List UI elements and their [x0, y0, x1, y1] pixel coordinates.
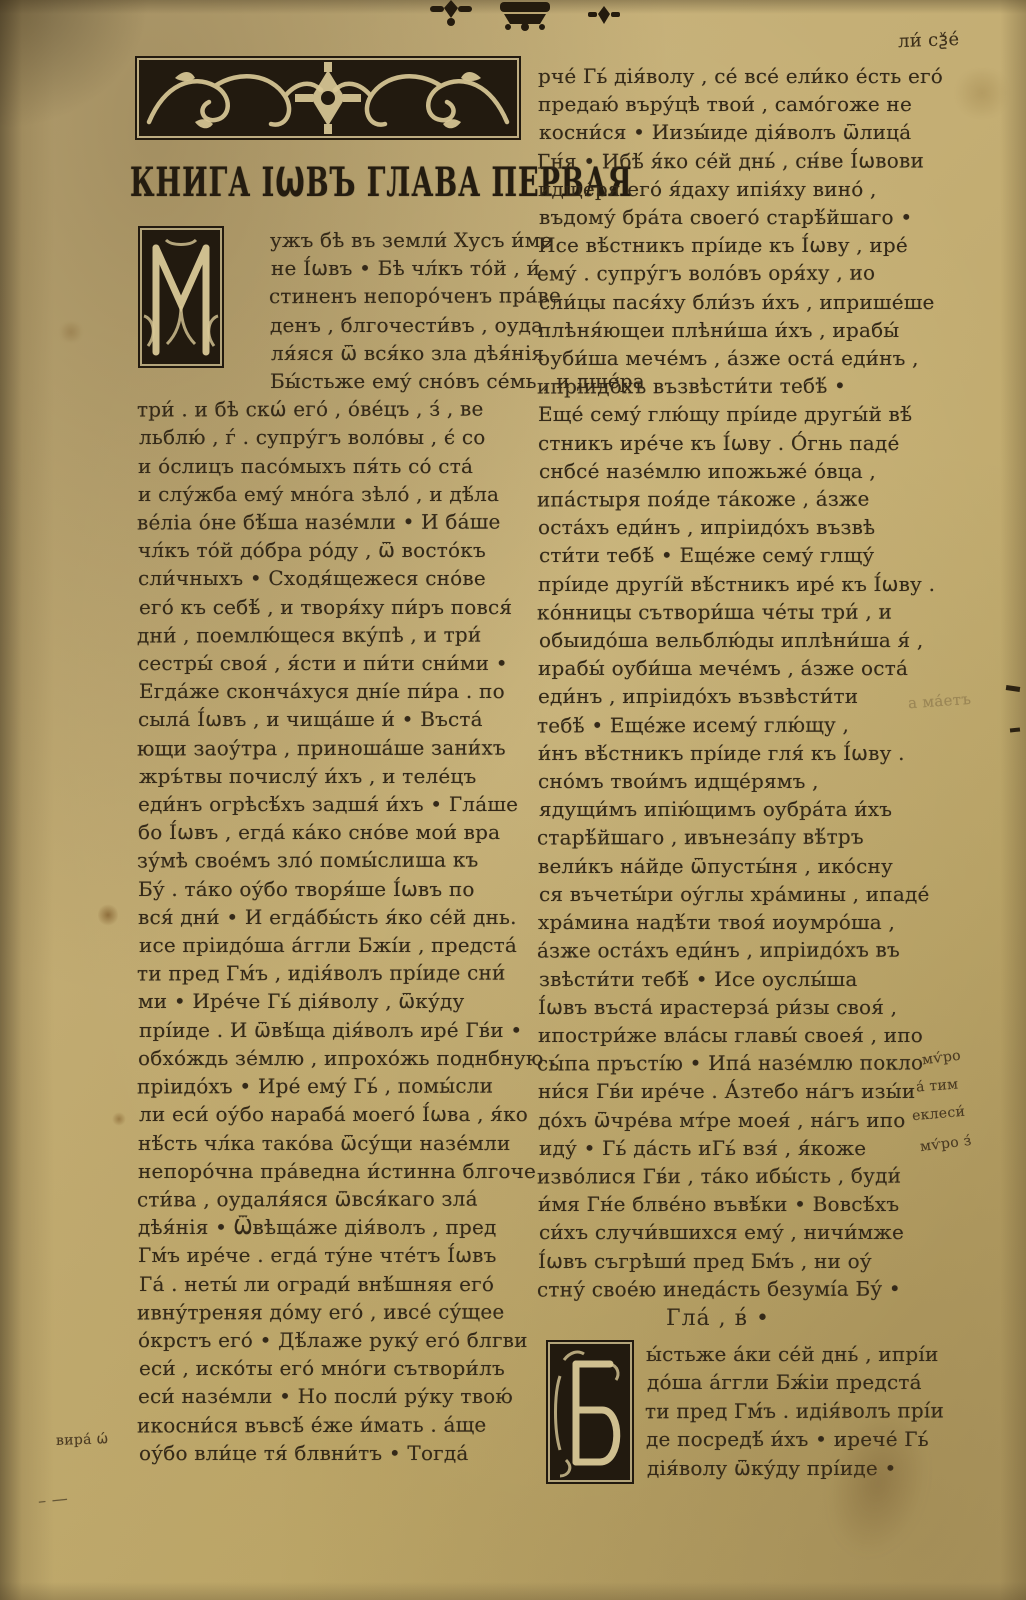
text-line: до́ша а́ггли Бж́іи предста́	[539, 1368, 921, 1396]
text-line: І́ѡвъ съгрѣши́ пред Бм́ъ , ни оу́	[538, 1247, 920, 1275]
text-line: до́хъ ѿчре́ва мт́ре моея́ , на́гъ ипо	[538, 1106, 920, 1134]
margin-note-gloss: вира́ ѡ́	[56, 1431, 109, 1449]
text-line: Га́ . неты́ ли огради́ внѣ́шняя его́	[139, 1270, 517, 1298]
text-line: пріидо́хъ • Ире́ ему́ Гь́ , помы́сли	[137, 1072, 515, 1101]
small-fleuron-icon	[588, 6, 620, 30]
text-line: ве́ліа о́не бѣ́ша назе́мли • И ба́ше	[137, 508, 515, 537]
text-line: Бу́ . та́ко оу́бо творя́ше І́ѡвъ по	[138, 875, 516, 903]
text-line: вся́ дни́ • И егда́бы́сть я́ко се́й днь.	[138, 903, 516, 931]
text-line: бо І́ѡвъ , егда́ ка́ко сно́ве мои́ вра	[138, 818, 516, 846]
text-line: иду́ • Гь́ да́сть иГь́ взя́ , я́коже	[539, 1134, 921, 1162]
text-line: ся въчеты́ри оу́глы хра́мины , ипаде́	[539, 880, 921, 908]
text-line: ти пред Гм́ъ , идія́волъ прі́иде сни́	[137, 959, 515, 988]
text-column-left: ужъ бѣ въ земли́ Хусъ и́мене І́ѡвъ • Бѣ …	[138, 226, 516, 1467]
chapter-2-block: ы́стьже а́ки се́й днь́ , ипрі́идо́ша а́г…	[538, 1340, 920, 1490]
headpiece-ornament	[135, 56, 521, 140]
text-line: сти́ва , оудаля́яся ѿвся́каго зла́	[137, 1184, 515, 1213]
text-line: и́мя Гн́е блве́но въвѣ́ки • Вовсѣ́хъ	[538, 1190, 920, 1218]
text-line: Исе вѣ́стникъ прі́иде къ І́ѡву , ире́	[538, 231, 920, 259]
chapter-2-heading: Гла́ , в́ •	[538, 1306, 898, 1331]
text-line: его́ къ себѣ́ , и творя́ху пи́ръ повся́	[139, 593, 517, 621]
text-line: ядущи́мъ ипію́щимъ оубра́та и́хъ	[539, 795, 921, 823]
text-line: оуби́ша мече́мъ , а́зже оста́ еди́нъ ,	[538, 344, 920, 372]
text-line: предаю́ въру́цѣ твои́ , само́гоже не	[538, 90, 920, 118]
text-line: ти пред Гм́ъ . идія́волъ прі́и	[537, 1396, 919, 1425]
paper-stain	[58, 322, 84, 342]
text-line: старѣ́йшаго , ивънеза́пу вѣ́тръ	[537, 823, 919, 852]
text-line: и́нъ вѣ́стникъ прі́иде гля́ къ І́ѡву .	[538, 739, 920, 767]
text-line: ему́ . супру́гъ воло́въ оря́ху , ио	[537, 259, 919, 288]
cross-fleuron-icon	[428, 0, 474, 28]
binding-gutter-shadow	[0, 0, 54, 1600]
text-line: еси́ , иско́ты его́ мно́ги сътвори́лъ	[139, 1354, 517, 1382]
text-line: въдому́ бра́та своего́ старѣ́йшаго •	[539, 203, 921, 231]
text-line: а́зже оста́хъ еди́нъ , ипріидо́хъ въ	[537, 936, 919, 965]
margin-note-cross-reference: мѵ́ро	[921, 1048, 962, 1069]
text-line: жръ́твы почислу́ и́хъ , и теле́цъ	[139, 762, 517, 790]
text-line: и о́слицъ пасо́мыхъ пя́ть со́ ста́	[138, 452, 516, 480]
text-line: снбсе́ назе́млю ипожьже́ о́вца ,	[539, 457, 921, 485]
text-line: еди́нъ огрѣсѣ́хъ задшя́ и́хъ • Гла́ше	[138, 790, 516, 818]
text-line: си́хъ случи́вшихся ему́ , ничи́мже	[539, 1218, 921, 1246]
text-line: стну́ свое́ю инеда́сть безумі́а Бу́ •	[537, 1274, 919, 1303]
text-line: ипостри́же вла́сы главы́ своея́ , ипо	[538, 1021, 920, 1049]
text-line: ирабы́ оуби́ша мече́мъ , а́зже оста́	[538, 654, 920, 682]
text-line: и слу́жба ему́ мно́га зѣло́ , и дѣ́ла	[138, 480, 516, 508]
text-line: оу́бо вли́це тя́ блвни́тъ • Тогда́	[139, 1439, 517, 1467]
margin-note-cross-reference: а́ тим	[915, 1077, 958, 1096]
text-line: не І́ѡвъ • Бѣ чл́къ то́й , и́	[139, 254, 517, 282]
text-line: вели́къ на́йде ѿпусты́ня , ико́сну	[538, 852, 920, 880]
text-line: тебѣ́ • Еще́же исему́ глю́щу ,	[537, 710, 919, 739]
text-line: Еще́ сему́ глю́щу прі́иде другы́й вѣ́	[538, 400, 920, 428]
text-line: сестры́ своя́ , я́сти и пи́ти сни́ми •	[138, 649, 516, 677]
text-line: дія́волу ѿку́ду прі́иде •	[539, 1454, 921, 1482]
text-line: сли́цы пася́ху бли́зъ и́хъ , иприше́ше	[539, 288, 921, 316]
text-line: ипріидо́хъ възвѣсти́ти тебѣ́ •	[537, 372, 919, 401]
text-line: чл́къ то́й до́бра ро́ду , ѿ восто́къ	[138, 536, 516, 564]
text-line: Гм́ъ ире́че . егда́ ту́не чте́тъ І́ѡвъ	[138, 1241, 516, 1269]
text-line: нѣ́сть чл́ка тако́ва ѿсу́щи назе́мли	[138, 1129, 516, 1157]
text-line: ля́яся ѿ вся́ко зла дѣя́нія	[139, 339, 517, 367]
page-edge-bottom	[0, 1582, 1026, 1600]
text-line: сти́ти тебѣ́ • Еще́же сему́ глщу́	[539, 541, 921, 569]
text-line: ли еси́ оу́бо нараба́ моего́ І́ѡва , я́к…	[139, 1100, 517, 1128]
margin-note-cross-reference: еклеси́	[911, 1104, 965, 1125]
text-line: хра́мина надѣ́ти твоя́ иоумро́ша ,	[538, 908, 920, 936]
text-line: зу́мѣ свое́мъ зло́ помы́слиша къ	[137, 846, 515, 875]
text-line: ко́нницы сътвори́ша че́ты три́ , и	[537, 597, 919, 626]
text-line: изво́лися Гв́и , та́ко ибы́сть , буди́	[537, 1161, 919, 1190]
text-line: о́крстъ его́ • Дѣ́лаже руку́ его́ блгви	[138, 1326, 516, 1354]
text-line: прі́иде . И ѿвѣ́ща дія́волъ ире́ Гв́и •	[139, 1016, 517, 1044]
text-line: сли́чныхъ • Сходя́щежеся сно́ве	[138, 564, 516, 592]
text-line: три́ . и бѣ скѡ́ его́ , о́ве́цъ , з́ , в…	[137, 395, 515, 424]
text-line: икосни́ся въвсѣ́ е́же и́мать . а́ще	[137, 1410, 515, 1439]
handwritten-margin-note: а ма́етъ	[907, 690, 971, 712]
text-line: сыла́ І́ѡвъ , и чища́ше и́ • Въста́	[138, 705, 516, 733]
text-line: Егда́же сконча́хуся дні́е пи́ра . по	[139, 677, 517, 705]
text-column-right: рче́ Гь́ дія́волу , се́ все́ ели́ко е́ст…	[538, 62, 920, 1303]
text-line: идще́ря его́ я́даху ипія́ху вино́ ,	[538, 175, 920, 203]
text-line: еси́ назе́мли • Но посли́ ру́ку твою́	[138, 1382, 516, 1410]
text-line: сы́па пръсті́ю • Ипа́ назе́млю покло	[537, 1049, 919, 1078]
text-line: льблю́ , ѓ . супру́гъ воло́вы , є́ со	[139, 423, 517, 451]
folio-number: ли́ сѯе́	[898, 29, 960, 52]
text-line: рче́ Гь́ дія́волу , се́ все́ ели́ко е́ст…	[538, 62, 920, 90]
text-line: обыидо́ша вельблю́ды иплѣни́ша я́ ,	[539, 626, 921, 654]
text-line: ми • Ире́че Гь́ дія́волу , ѿку́ду	[138, 987, 516, 1015]
text-line: косни́ся • Иизы́иде дія́волъ ѿлица́	[539, 118, 921, 146]
page-edge-right	[1000, 0, 1026, 1600]
cartouche-fleuron-icon	[496, 0, 554, 32]
text-line: еди́нъ , ипріидо́хъ възвѣсти́ти	[538, 682, 920, 710]
text-line: стникъ ире́че къ І́ѡву . О́гнь паде́	[538, 429, 920, 457]
text-line: сно́мъ твои́мъ идще́рямъ ,	[538, 767, 920, 795]
text-line: ющи заоу́тра , приноша́ше зани́хъ	[137, 733, 515, 762]
text-line: ивну́треняя до́му его́ , ивсе́ су́щее	[137, 1297, 515, 1326]
margin-note-cross-reference: мѵ́ро з́	[919, 1133, 972, 1155]
book-page: ли́ сѯе́ КНИГА ІѠВЪ ГЛАВА ПЕРВАЯ	[0, 0, 1026, 1600]
text-line: дни́ , поемлю́щеся вку́пѣ , и три́	[137, 620, 515, 649]
ink-stain	[98, 903, 118, 927]
text-line: ипа́стыря поя́де та́коже , а́зже	[537, 485, 919, 514]
text-line: обхо́ждь зе́млю , ипрохо́жь поднбную .	[138, 1044, 516, 1072]
text-line: дѣя́нія • Ѿвѣща́же дія́волъ , пред	[138, 1213, 516, 1241]
text-line: стиненъ непоро́ченъ пра́ве	[137, 282, 515, 311]
text-line: оста́хъ еди́нъ , ипріидо́хъ възвѣ	[538, 513, 920, 541]
text-line: І́ѡвъ въста́ ирастерза́ ри́зы своя́ ,	[538, 993, 920, 1021]
pencil-mark: – —	[37, 1488, 69, 1510]
text-line: исе пріидо́ша а́ггли Бжі́и , предста́	[139, 931, 517, 959]
text-line: ни́ся Гв́и ире́че . А́зтебо на́гъ изы́и	[538, 1077, 920, 1105]
ink-stain	[112, 1112, 126, 1126]
text-line: Гн́я • Ибѣ́ я́ко се́й днь́ , сн́ве І́ѡво…	[537, 146, 919, 175]
text-line: непоро́чна пра́ведна и́стинна блгоче	[138, 1157, 516, 1185]
text-line: плѣня́ющеи плѣни́ша и́хъ , ирабы́	[538, 316, 920, 344]
text-line: звѣсти́ти тебѣ́ • Исе оуслы́ша	[539, 965, 921, 993]
book-title: КНИГА ІѠВЪ ГЛАВА ПЕРВАЯ	[130, 160, 522, 207]
text-line: прі́иде другі́й вѣ́стникъ ире́ къ І́ѡву …	[538, 570, 920, 598]
